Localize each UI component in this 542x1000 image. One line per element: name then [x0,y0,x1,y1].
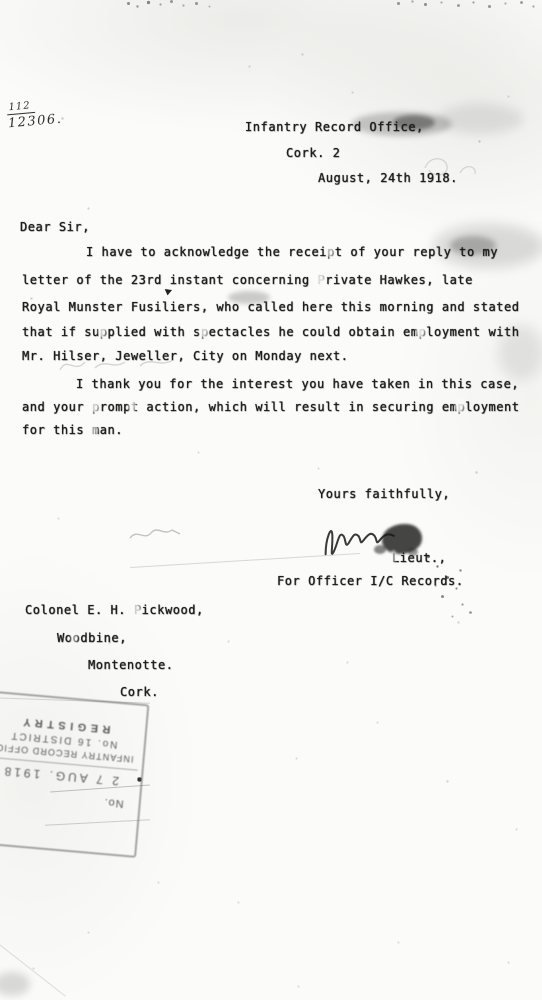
pencil-squiggle [128,520,198,550]
body-line: for this man. [22,423,123,437]
signature-ink-blob [374,545,386,554]
reference-number-top: 112 [6,100,35,115]
body-line: Royal Munster Fusiliers, who called here… [22,300,520,314]
letterhead-office: Infantry Record Office, [245,120,424,134]
salutation: Dear Sir, [20,220,90,234]
body-line: and your prompt action, which will resul… [22,400,520,414]
recipient-line: Colonel E. H. Pickwood, [25,603,204,617]
recipient-line: Montenotte. [88,658,174,672]
ink-blot: ▼ [164,287,173,299]
letterhead-date: August, 24th 1918. [318,171,458,185]
paper-specks [0,0,1,1]
recipient-line: Woodbine, [57,631,127,645]
reference-number-bottom: 12306. [7,112,63,132]
signature-rank: Lieut., [392,551,446,565]
scratch-line [0,940,66,996]
reference-number: 112 12306. [6,91,63,132]
ink-smudge [438,104,523,134]
body-line: Mr. Hilser, Jeweller, City on Monday nex… [22,349,349,363]
body-line: letter of the 23rd instant concerning Pr… [22,273,473,287]
body-line: that if supplied with spectacles he coul… [22,325,520,339]
ink-smudge [0,972,30,996]
registry-date-stamp: No. 2 7 AUG. 1918 INFANTRY RECORD OFFICE… [0,690,149,858]
letterhead-city: Cork. 2 [286,146,340,160]
body-line: I thank you for the interest you have ta… [76,377,519,391]
body-line: I have to acknowledge the receipt of you… [86,245,498,259]
scanned-letter-page: 112 12306. Infantry Record Office, Cork.… [0,0,542,1000]
signature-for-line: For Officer I/C Records. [277,574,464,588]
closing-phrase: Yours faithfully, [318,487,450,501]
recipient-line: Cork. [120,685,159,699]
